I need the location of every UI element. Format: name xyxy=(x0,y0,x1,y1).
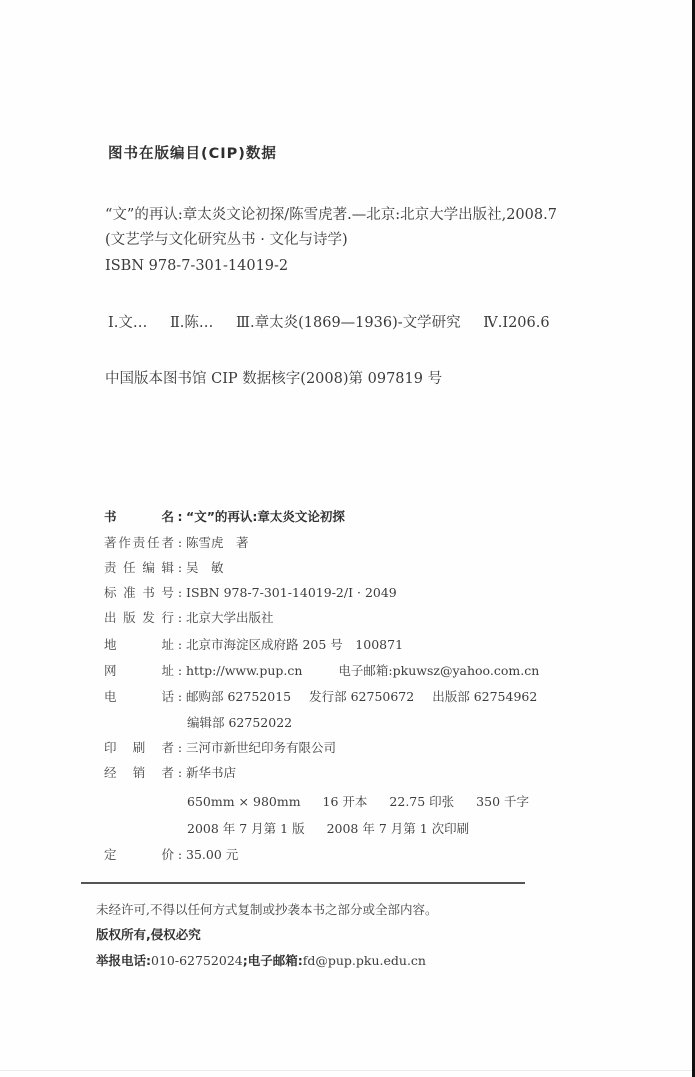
label-publisher: 出版发行 xyxy=(104,610,174,626)
value-title: “文”的再认:章太炎文论初探 xyxy=(186,509,345,525)
value-editor: 吴 敏 xyxy=(186,560,224,576)
page-bottom-edge xyxy=(0,1070,692,1071)
colophon-row-author: 著作责任者:陈雪虎 著 xyxy=(104,535,249,551)
cip-number-line: 中国版本图书馆 CIP 数据核字(2008)第 097819 号 xyxy=(105,370,442,388)
cip-isbn-line: ISBN 978-7-301-14019-2 xyxy=(105,257,288,275)
report-email-label: 电子邮箱 xyxy=(248,953,298,968)
label-isbn: 标准书号 xyxy=(104,585,174,601)
colophon-row-address: 地址:北京市海淀区成府路 205 号 100871 xyxy=(104,637,403,653)
colophon-row-distributor: 经销者:新华书店 xyxy=(104,765,236,781)
value-isbn: ISBN 978-7-301-14019-2/I · 2049 xyxy=(186,585,397,601)
label-editor: 责任编辑 xyxy=(104,560,174,576)
spec-words: 350 千字 xyxy=(476,794,529,809)
spec-sheets: 22.75 印张 xyxy=(389,794,454,809)
colophon-row-phone-editorial: 编辑部 62752022 xyxy=(187,715,292,731)
separator-rule xyxy=(81,882,525,884)
label-distributor: 经销者 xyxy=(104,765,174,781)
value-phone-publishing: 出版部 62754962 xyxy=(432,689,537,704)
spec-format: 650mm × 980mm xyxy=(187,794,301,809)
colophon-row-editor: 责任编辑:吴 敏 xyxy=(104,560,224,576)
cip-record-line: “文”的再认:章太炎文论初探/陈雪虎著.—北京:北京大学出版社,2008.7 xyxy=(105,206,557,224)
colophon-row-price: 定价:35.00 元 xyxy=(104,847,238,863)
cip-classification: Ⅰ.文… Ⅱ.陈… Ⅲ.章太炎(1869—1936)-文学研究 Ⅳ.I206.6 xyxy=(108,314,550,332)
colophon-row-phone: 电话:邮购部 62752015发行部 62750672出版部 62754962 xyxy=(104,689,537,705)
label-price: 定价 xyxy=(104,847,174,863)
rights-reserved: 版权所有,侵权必究 xyxy=(96,927,201,943)
colophon-row-publisher: 出版发行:北京大学出版社 xyxy=(104,610,274,626)
report-phone-label: 举报电话 xyxy=(96,953,146,968)
colophon-row-specs: 650mm × 980mm 16 开本 22.75 印张 350 千字 xyxy=(187,794,529,810)
email-link[interactable]: pkuwsz@yahoo.com.cn xyxy=(393,663,540,678)
label-title: 书名 xyxy=(104,509,174,525)
colophon-row-edition: 2008 年 7 月第 1 版 2008 年 7 月第 1 次印刷 xyxy=(187,821,469,837)
label-printer: 印刷者 xyxy=(104,740,174,756)
classification-item-3: Ⅲ.章太炎(1869—1936)-文学研究 xyxy=(236,315,461,331)
colophon-row-printer: 印刷者:三河市新世纪印务有限公司 xyxy=(104,740,336,756)
value-price: 35.00 元 xyxy=(186,847,238,863)
classification-item-4: Ⅳ.I206.6 xyxy=(483,315,549,331)
colophon-row-title: 书名:“文”的再认:章太炎文论初探 xyxy=(104,509,345,525)
value-address: 北京市海淀区成府路 205 号 100871 xyxy=(186,637,403,653)
value-phone-mailorder: 邮购部 62752015 xyxy=(186,689,291,705)
label-author: 著作责任者 xyxy=(104,535,174,551)
report-email-link[interactable]: fd@pup.pku.edu.cn xyxy=(303,953,426,968)
classification-item-2: Ⅱ.陈… xyxy=(170,315,213,331)
report-contact-line: 举报电话:010-62752024;电子邮箱:fd@pup.pku.edu.cn xyxy=(96,953,426,969)
copyright-notice: 未经许可,不得以任何方式复制或抄袭本书之部分或全部内容。 xyxy=(96,902,437,918)
value-printer: 三河市新世纪印务有限公司 xyxy=(186,740,336,756)
spec-folio: 16 开本 xyxy=(323,794,368,809)
website-link[interactable]: http://www.pup.cn xyxy=(186,663,302,679)
value-distributor: 新华书店 xyxy=(186,765,236,781)
cip-series-line: (文艺学与文化研究丛书 · 文化与诗学) xyxy=(105,231,348,249)
value-phone-distribution: 发行部 62750672 xyxy=(309,689,414,704)
label-phone: 电话 xyxy=(104,689,174,705)
classification-item-1: Ⅰ.文… xyxy=(108,315,147,331)
copyright-page: 图书在版编目(CIP)数据 “文”的再认:章太炎文论初探/陈雪虎著.—北京:北京… xyxy=(0,0,691,1077)
colophon-row-website: 网址:http://www.pup.cn电子邮箱:pkuwsz@yahoo.co… xyxy=(104,663,539,679)
colophon-row-isbn: 标准书号:ISBN 978-7-301-14019-2/I · 2049 xyxy=(104,585,397,601)
report-phone-value: 010-62752024 xyxy=(151,953,243,968)
cip-heading: 图书在版编目(CIP)数据 xyxy=(108,145,277,163)
edition-text: 2008 年 7 月第 1 版 xyxy=(187,821,305,836)
value-publisher: 北京大学出版社 xyxy=(186,610,274,626)
label-email: 电子邮箱 xyxy=(338,663,388,678)
label-address: 地址 xyxy=(104,637,174,653)
value-author: 陈雪虎 著 xyxy=(186,535,249,551)
printing-text: 2008 年 7 月第 1 次印刷 xyxy=(327,821,470,836)
label-website: 网址 xyxy=(104,663,174,679)
